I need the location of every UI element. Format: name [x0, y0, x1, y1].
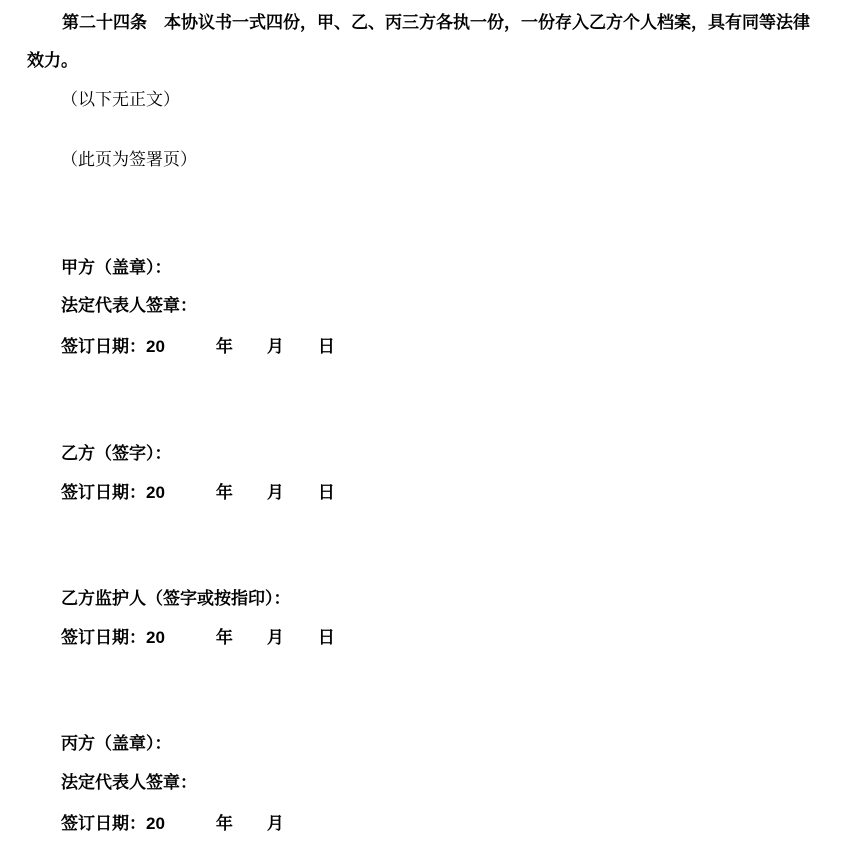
contract-signature-page: 第二十四条 本协议书一式四份，甲、乙、丙三方各执一份，一份存入乙方个人档案，具有… [0, 0, 857, 865]
party-c-date-line: 签订日期：20 年 月 [61, 814, 284, 834]
party-c-seal-label: 丙方（盖章）： [61, 734, 172, 754]
party-b-guardian-date-line: 签订日期：20 年 月 日 [61, 628, 335, 648]
party-a-date-line: 签订日期：20 年 月 日 [61, 337, 335, 357]
party-a-seal-label: 甲方（盖章）： [61, 258, 172, 278]
clause-body-text: 本协议书一式四份，甲、乙、丙三方各执一份，一份存入乙方个人档案，具有同等法律 [147, 13, 810, 32]
note-signature-page: （此页为签署页） [61, 150, 197, 170]
clause-number: 第二十四条 [62, 13, 147, 32]
note-no-body-text: （以下无正文） [61, 90, 180, 110]
party-a-representative-label: 法定代表人签章： [61, 296, 197, 316]
party-c-representative-label: 法定代表人签章： [61, 773, 197, 793]
party-b-date-line: 签订日期：20 年 月 日 [61, 483, 335, 503]
clause-paragraph-line-2: 效力。 [27, 51, 78, 71]
party-b-guardian-label: 乙方监护人（签字或按指印）： [61, 589, 291, 609]
clause-paragraph-line-1: 第二十四条 本协议书一式四份，甲、乙、丙三方各执一份，一份存入乙方个人档案，具有… [62, 13, 810, 33]
party-b-signature-label: 乙方（签字）： [61, 444, 172, 464]
